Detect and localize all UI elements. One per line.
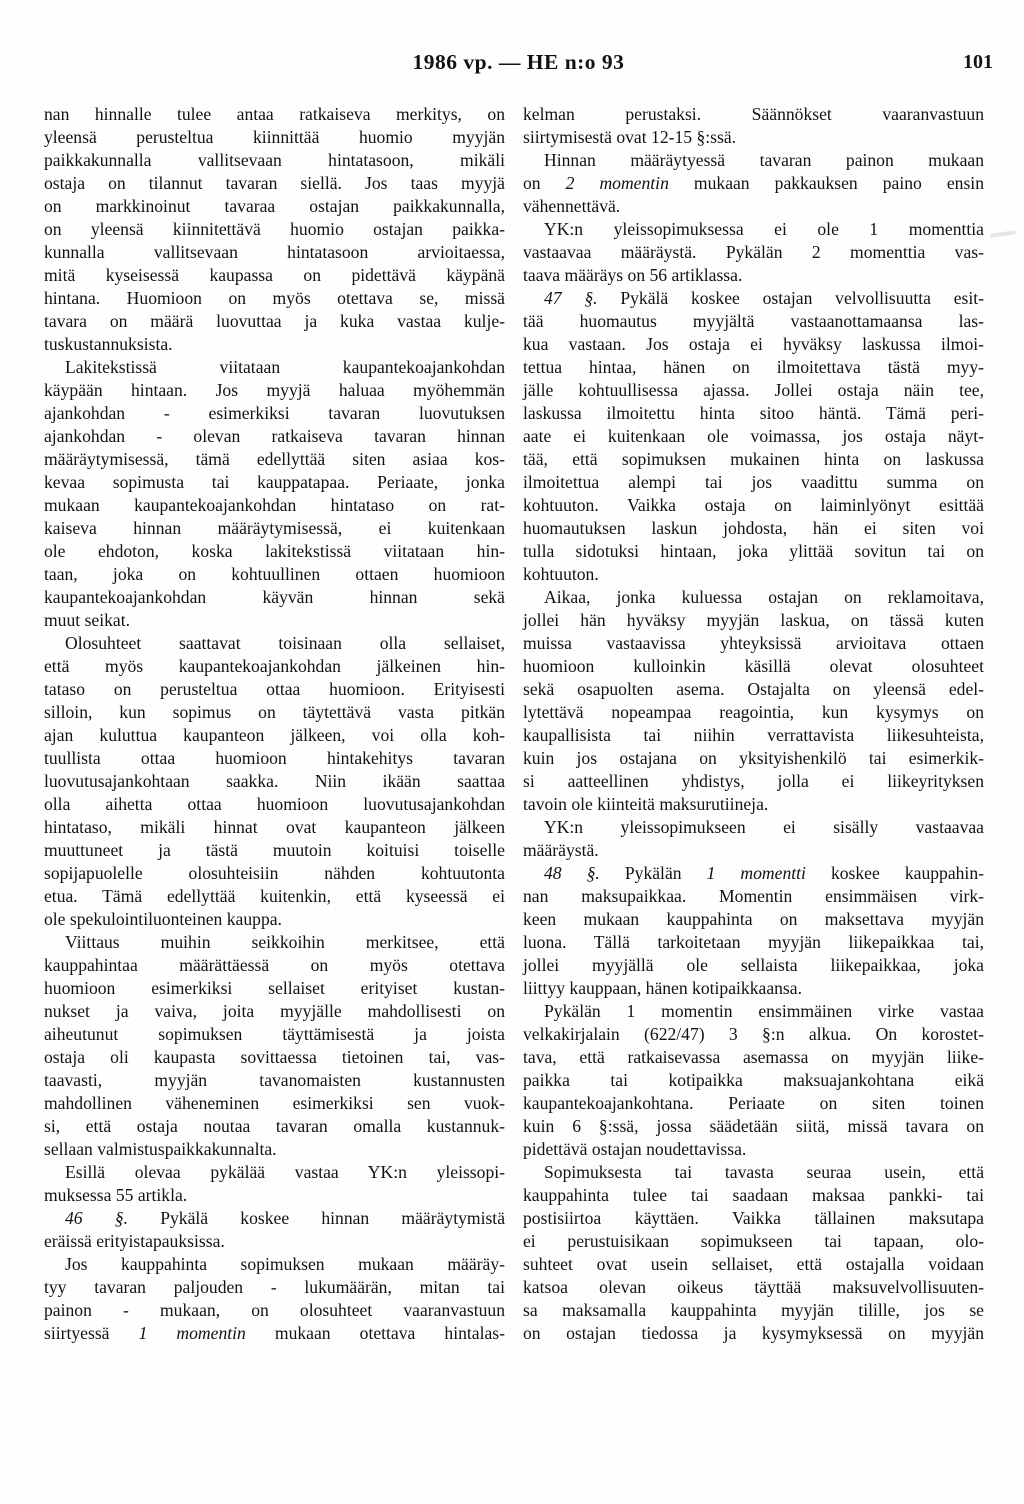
page-body: nan hinnalle tulee antaa ratkaiseva merk… [44,103,984,1345]
text-line: on ostajan tiedossa ja kysymyksessä on m… [523,1322,984,1345]
text-line: taan, joka on kohtuullinen ottaen huomio… [44,563,505,586]
document-title: 1986 vp. — HE n:o 93 [44,50,993,75]
text-line: taavasti, myyjän tavanomaisten kustannus… [44,1069,505,1092]
text-line: lytettävä nopeampaa reagointia, kun kysy… [523,701,984,724]
text-line: sa maksamalla kauppahinta myyjän tilille… [523,1299,984,1322]
text-line: ostaja on tilannut tavaran siellä. Jos t… [44,172,505,195]
text-line: muissa vastaavissa yhteyksissä arvioitav… [523,632,984,655]
text-line: ajan kuluttua kaupanteon jälkeen, voi ol… [44,724,505,747]
text-line: ole ehdoton, koska lakitekstissä viitata… [44,540,505,563]
text-line: kauppahintaa määrättäessä on myös otetta… [44,954,505,977]
text-line: hintataso, mikäli hinnat ovat kaupanteon… [44,816,505,839]
text-line: tavoin ole kiinteitä maksurutiineja. [523,793,984,816]
text-line: kohtuuton. Vaikka ostaja on laiminlyönyt… [523,494,984,517]
text-line: nan hinnalle tulee antaa ratkaiseva merk… [44,103,505,126]
text-line: liittyy kauppaan, hänen kotipaikkaansa. [523,977,984,1000]
text-line: tuullista ottaa huomioon hintakehitys ta… [44,747,505,770]
text-line: etua. Tämä edellyttää kuitenkin, että ky… [44,885,505,908]
text-line: ole spekulointiluonteinen kauppa. [44,908,505,931]
page-number: 101 [963,51,993,74]
text-line: nan maksupaikkaa. Momentin ensimmäisen v… [523,885,984,908]
text-line: kua vastaan. Jos ostaja ei hyväksy lasku… [523,333,984,356]
text-line: tulla sidotuksi hintaan, joka ylittää so… [523,540,984,563]
text-line: huomautuksen laskun johdosta, hän ei sit… [523,517,984,540]
column-left: nan hinnalle tulee antaa ratkaiseva merk… [44,103,505,1345]
text-line: määräytymisessä, tämä edellyttää siten a… [44,448,505,471]
text-line: laskussa ilmoitettu hinta sitoo häntä. T… [523,402,984,425]
text-line: yleensä perusteltua kiinnittää huomio my… [44,126,505,149]
text-line: kaupantekoajankohdan käyvän hinnan sekä [44,586,505,609]
text-line: nukset ja vaiva, joita myyjälle mahdolli… [44,1000,505,1023]
text-line: jollei hän hyväksy myyjän laskua, on täs… [523,609,984,632]
text-line: aate ei kuitenkaan ole voimassa, jos ost… [523,425,984,448]
text-line: kaupantekoajankohtana. Periaate on siten… [523,1092,984,1115]
text-line: YK:n yleissopimukseen ei sisälly vastaav… [523,816,984,839]
text-line: sopijapuolelle olosuhteisiin nähden koht… [44,862,505,885]
text-line: kunnalla vallitsevaan hintatasoon arvioi… [44,241,505,264]
text-line: on 2 momentin mukaan pakkauksen paino en… [523,172,984,195]
text-line: mitä kyseisessä kaupassa on pidettävä kä… [44,264,505,287]
text-line: si aatteellinen yhdistys, jolla ei liike… [523,770,984,793]
text-line: aiheutunut sopimuksen täyttämisestä ja j… [44,1023,505,1046]
text-line: tataso on perusteltua ottaa huomioon. Er… [44,678,505,701]
text-line: ei perustuisikaan sopimukseen tai tapaan… [523,1230,984,1253]
text-line: jälle kohtuullisessa ajassa. Jollei osta… [523,379,984,402]
text-line: luovutusajankohtaan saakka. Niin ikään s… [44,770,505,793]
text-line: on yleensä kiinnitettävä huomio ostajan … [44,218,505,241]
document-page: 1986 vp. — HE n:o 93 101 nan hinnalle tu… [0,0,1024,1504]
text-line: 47 §. Pykälä koskee ostajan velvollisuut… [523,287,984,310]
text-line: Olosuhteet saattavat toisinaan olla sell… [44,632,505,655]
text-line: taava määräys on 56 artiklassa. [523,264,984,287]
text-line: on markkinoinut tavaraa ostajan paikkaku… [44,195,505,218]
text-line: muuttuneet ja tästä muutoin koituisi toi… [44,839,505,862]
text-line: määräystä. [523,839,984,862]
text-line: tyy tavaran paljouden - lukumäärän, mita… [44,1276,505,1299]
text-line: huomioon esimerkiksi sellaiset erityiset… [44,977,505,1000]
text-line: Jos kauppahinta sopimuksen mukaan määräy… [44,1253,505,1276]
text-line: tuskustannuksista. [44,333,505,356]
text-line: kuin 6 §:ssä, jossa säädetään siitä, mis… [523,1115,984,1138]
text-line: silloin, kun sopimus on täytettävä vasta… [44,701,505,724]
text-line: YK:n yleissopimuksessa ei ole 1 momentti… [523,218,984,241]
text-line: kuin jos ostajana on yksityishenkilö tai… [523,747,984,770]
text-line: kaiseva hinnan määräytymisessä, ei kuite… [44,517,505,540]
text-line: käypään hintaan. Jos myyjä haluaa myöhem… [44,379,505,402]
text-line: vähennettävä. [523,195,984,218]
text-line: Hinnan määräytyessä tavaran painon mukaa… [523,149,984,172]
text-line: jollei myyjällä ole sellaista liikepaikk… [523,954,984,977]
text-line: kaupallisista tai niihin verrattavista l… [523,724,984,747]
column-right: kelman perustaksi. Säännökset vaaranvast… [523,103,984,1345]
text-line: tava, että ratkaisevassa asemassa on myy… [523,1046,984,1069]
text-line: suhteet ovat usein sellaiset, että ostaj… [523,1253,984,1276]
text-line: kelman perustaksi. Säännökset vaaranvast… [523,103,984,126]
text-line: postisiirtoa käyttäen. Vaikka tällainen … [523,1207,984,1230]
text-line: kauppahinta tulee tai saadaan maksaa pan… [523,1184,984,1207]
text-line: kohtuuton. [523,563,984,586]
text-line: velkakirjalain (622/47) 3 §:n alkua. On … [523,1023,984,1046]
text-line: luona. Tällä tarkoitetaan myyjän liikepa… [523,931,984,954]
text-line: hintana. Huomioon on myös otettava se, m… [44,287,505,310]
text-line: tavara on määrä luovuttaa ja kuka vastaa… [44,310,505,333]
text-line: muksessa 55 artikla. [44,1184,505,1207]
text-line: siirtymisestä ovat 12-15 §:ssä. [523,126,984,149]
text-line: ilmoitettua alempi tai jos vaadittu summ… [523,471,984,494]
text-line: tettua hintaa, hänen on ilmoitettava täs… [523,356,984,379]
text-line: Viittaus muihin seikkoihin merkitsee, et… [44,931,505,954]
text-line: paikka tai kotipaikka maksuajankohtana e… [523,1069,984,1092]
text-line: keen mukaan kauppahinta on maksettava my… [523,908,984,931]
text-line: si, että ostaja noutaa tavaran omalla ku… [44,1115,505,1138]
text-line: että myös kaupantekoajankohdan jälkeinen… [44,655,505,678]
text-line: tää, että sopimuksen mukainen hinta on l… [523,448,984,471]
text-line: Lakitekstissä viitataan kaupantekoajanko… [44,356,505,379]
text-line: 46 §. Pykälä koskee hinnan määräytymistä [44,1207,505,1230]
text-line: vastaavaa määräystä. Pykälän 2 momenttia… [523,241,984,264]
text-line: muut seikat. [44,609,505,632]
text-line: mahdollinen väheneminen esimerkiksi sen … [44,1092,505,1115]
scan-artifact [990,230,1016,238]
text-line: Esillä olevaa pykälää vastaa YK:n yleiss… [44,1161,505,1184]
page-header: 1986 vp. — HE n:o 93 101 [44,50,993,78]
text-line: paikkakunnalla vallitsevaan hintatasoon,… [44,149,505,172]
text-line: Pykälän 1 momentin ensimmäinen virke vas… [523,1000,984,1023]
text-line: olla aihetta ottaa huomioon luovutusajan… [44,793,505,816]
text-line: pidettävä ostajan noudettavissa. [523,1138,984,1161]
text-line: sellaan valmistuspaikkakunnalta. [44,1138,505,1161]
text-line: eräissä erityistapauksissa. [44,1230,505,1253]
text-line: siirtyessä 1 momentin mukaan otettava hi… [44,1322,505,1345]
text-line: Sopimuksesta tai tavasta seuraa usein, e… [523,1161,984,1184]
text-line: huomioon kulloinkin käsillä olevat olosu… [523,655,984,678]
text-line: tää huomautus myyjältä vastaanottamaansa… [523,310,984,333]
text-line: ajankohdan - olevan ratkaiseva tavaran h… [44,425,505,448]
text-line: 48 §. Pykälän 1 momentti koskee kauppahi… [523,862,984,885]
text-line: Aikaa, jonka kuluessa ostajan on reklamo… [523,586,984,609]
text-line: ajankohdan - esimerkiksi tavaran luovutu… [44,402,505,425]
text-line: painon - mukaan, on olosuhteet vaaranvas… [44,1299,505,1322]
text-line: sekä osapuolten asema. Ostajalta on ylee… [523,678,984,701]
text-line: mukaan kaupantekoajankohdan hintataso on… [44,494,505,517]
text-line: ostaja oli kaupasta sovittaessa tietoine… [44,1046,505,1069]
text-line: katsoa olevan oikeus täyttää maksuvelvol… [523,1276,984,1299]
text-line: kevaa sopimusta tai kauppatapaa. Periaat… [44,471,505,494]
